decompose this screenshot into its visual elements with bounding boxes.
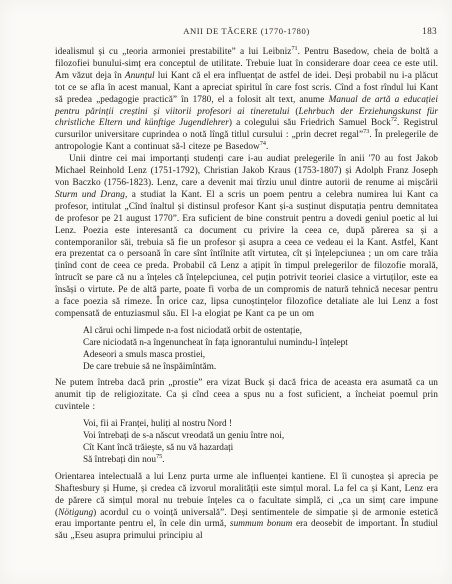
- verse-line: Care niciodată n-a îngenuncheat în fața …: [83, 338, 438, 350]
- page-header: ANII DE TĂCERE (1770-1780) 183: [55, 26, 438, 40]
- body-text: (: [290, 107, 299, 117]
- verse-line: Adeseori a smuls masca prostiei,: [83, 350, 438, 362]
- body-text: .: [266, 142, 268, 152]
- body-text: idealismul și cu „teoria armoniei presta…: [55, 47, 291, 57]
- italic-text: summum bonum: [230, 519, 292, 529]
- italic-text: Anunțul: [125, 71, 155, 81]
- text-column: ANII DE TĂCERE (1770-1780) 183 idealismu…: [55, 26, 438, 543]
- verse-block: Al cărui ochi limpede n-a fost niciodată…: [83, 326, 438, 374]
- verse-line: Al cărui ochi limpede n-a fost niciodată…: [83, 326, 438, 338]
- running-head: ANII DE TĂCERE (1770-1780): [55, 26, 438, 36]
- paragraph: Unii dintre cei mai importanți studenți …: [55, 154, 438, 321]
- page-body: idealismul și cu „teoria armoniei presta…: [55, 47, 438, 543]
- body-text: Ne putem întreba dacă prin „prostie” era…: [55, 378, 438, 412]
- body-text: ) a colegului său Friedrich Samuel Bock: [229, 118, 391, 128]
- verse-line: Să întrebați din nou75.: [83, 455, 438, 467]
- body-text: , a studiat la Kant. El a scris un poem …: [55, 190, 438, 319]
- book-page: ANII DE TĂCERE (1770-1780) 183 idealismu…: [0, 0, 452, 584]
- body-text: Al cărui ochi limpede n-a fost niciodată…: [83, 326, 302, 336]
- paragraph: Ne putem întreba dacă prin „prostie” era…: [55, 378, 438, 414]
- paragraph: idealismul și cu „teoria armoniei presta…: [55, 47, 438, 154]
- verse-line: De care trebuie să ne înspăimîntăm.: [83, 362, 438, 374]
- body-text: Care niciodată n-a îngenuncheat în fața …: [83, 338, 348, 348]
- verse-line: Voi, fii ai Franței, huliți al nostru No…: [83, 419, 438, 431]
- body-text: De care trebuie să ne înspăimîntăm.: [83, 362, 216, 372]
- body-text: Unii dintre cei mai importanți studenți …: [55, 154, 438, 188]
- verse-block: Voi, fii ai Franței, huliți al nostru No…: [83, 419, 438, 467]
- body-text: Cît Kant încă trăiește, să nu vă hazarda…: [83, 443, 233, 453]
- paragraph: Orientarea intelectuală a lui Lenz purta…: [55, 472, 438, 543]
- body-text: Să întrebați din nou: [83, 455, 156, 465]
- italic-text: Nötigung: [58, 508, 93, 518]
- body-text: Adeseori a smuls masca prostiei,: [83, 350, 205, 360]
- body-text: Voi întrebați de s-a născut vreodată un …: [83, 431, 284, 441]
- verse-line: Voi întrebați de s-a născut vreodată un …: [83, 431, 438, 443]
- body-text: Voi, fii ai Franței, huliți al nostru No…: [83, 419, 232, 429]
- italic-text: Sturm und Drang: [55, 190, 125, 200]
- body-text: .: [162, 455, 164, 465]
- page-number: 183: [422, 26, 437, 36]
- verse-line: Cît Kant încă trăiește, să nu vă hazarda…: [83, 443, 438, 455]
